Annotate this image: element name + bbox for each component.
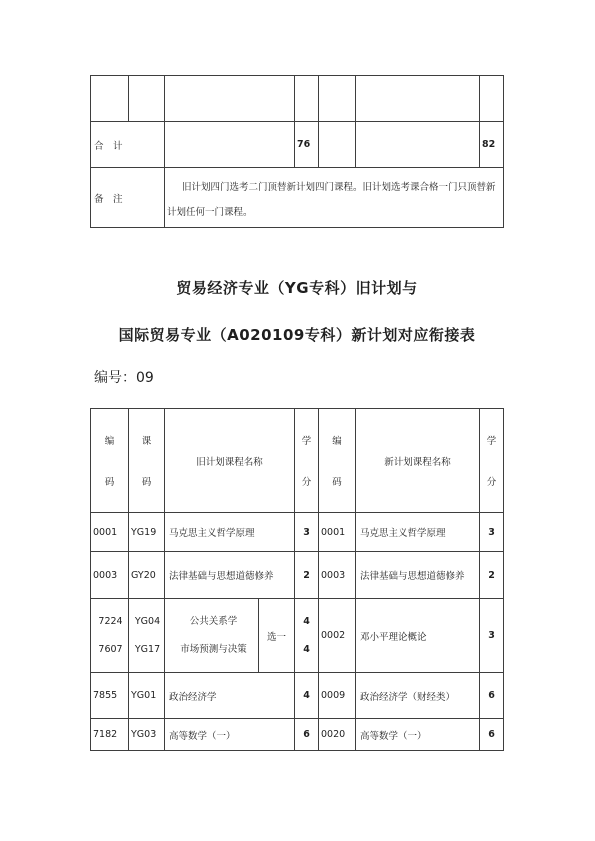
header-old-course-code: 课 码 [129, 409, 165, 513]
header-new-credit-char: 分 [487, 474, 497, 488]
header-new-code-char: 编 [332, 433, 342, 447]
empty-cell [319, 76, 356, 122]
header-new-code-char: 码 [332, 474, 342, 488]
new-course-name-cell: 高等数学（一） [356, 719, 480, 751]
new-code-cell: 0020 [319, 719, 356, 751]
old-credit-line: 4 [303, 608, 310, 636]
new-course-name-cell: 政治经济学（财经类） [356, 673, 480, 719]
total-label: 合 计 [91, 122, 165, 168]
header-old-course-code-char: 码 [142, 474, 152, 488]
header-new-credit-char: 学 [487, 433, 497, 447]
page-title-line2: 国际贸易专业（A020109专科）新计划对应衔接表 [90, 324, 504, 345]
old-credit-cell: 3 [295, 513, 319, 552]
old-code-line: 7224 [98, 608, 122, 636]
old-credit-cell: 2 [295, 552, 319, 599]
header-new-credit: 学 分 [480, 409, 504, 513]
new-code-cell: 0002 [319, 599, 356, 673]
empty-cell [480, 76, 504, 122]
header-new-plan-name: 新计划课程名称 [356, 409, 480, 513]
old-course-code-cell: YG04 YG17 [129, 599, 165, 673]
header-old-code: 编 码 [91, 409, 129, 513]
new-code-cell: 0003 [319, 552, 356, 599]
empty-cell [319, 122, 356, 168]
old-course-code-cell: YG19 [129, 513, 165, 552]
summary-table: 合 计 76 82 备 注 旧计划四门选考二门顶替新计划四门课程。旧计划选考课合… [90, 75, 504, 228]
old-course-name-cell: 马克思主义哲学原理 [165, 513, 295, 552]
document-page: 合 计 76 82 备 注 旧计划四门选考二门顶替新计划四门课程。旧计划选考课合… [0, 0, 595, 841]
old-course-name-cell: 高等数学（一） [165, 719, 295, 751]
new-code-cell: 0009 [319, 673, 356, 719]
old-code-cell: 0001 [91, 513, 129, 552]
new-credit-cell: 3 [480, 599, 504, 673]
old-course-code-cell: YG03 [129, 719, 165, 751]
empty-cell [165, 76, 295, 122]
old-credit-line: 4 [303, 636, 310, 664]
empty-cell [356, 122, 480, 168]
new-credit-cell: 6 [480, 719, 504, 751]
old-code-line: 7607 [98, 636, 122, 664]
old-course-code-line: YG17 [135, 636, 160, 664]
empty-cell [129, 76, 165, 122]
new-code-cell: 0001 [319, 513, 356, 552]
header-old-code-char: 码 [105, 474, 115, 488]
new-course-name-cell: 法律基础与思想道德修养 [356, 552, 480, 599]
header-old-plan-name: 旧计划课程名称 [165, 409, 295, 513]
old-course-code-cell: GY20 [129, 552, 165, 599]
header-old-code-char: 编 [105, 433, 115, 447]
new-credit-cell: 2 [480, 552, 504, 599]
notes-label: 备 注 [91, 168, 165, 228]
old-credit-cell: 4 4 [295, 599, 319, 673]
old-course-code-line: YG04 [135, 608, 160, 636]
new-credit-cell: 6 [480, 673, 504, 719]
total-new-credits: 82 [480, 122, 504, 168]
old-course-name-line: 公共关系学 [190, 608, 238, 636]
page-title-line1: 贸易经济专业（YG专科）旧计划与 [90, 277, 504, 298]
new-course-name-cell: 马克思主义哲学原理 [356, 513, 480, 552]
empty-cell [356, 76, 480, 122]
doc-number: 编号：09 [94, 367, 154, 387]
old-course-name-cell: 法律基础与思想道德修养 [165, 552, 295, 599]
choose-one-cell: 选一 [259, 599, 295, 673]
old-credit-cell: 6 [295, 719, 319, 751]
old-course-name-line: 市场预测与决策 [180, 636, 247, 664]
header-old-credit-char: 分 [302, 474, 312, 488]
header-old-credit-char: 学 [302, 433, 312, 447]
notes-text: 旧计划四门选考二门顶替新计划四门课程。旧计划选考课合格一门只顶替新计划任何一门课… [165, 168, 504, 228]
total-old-credits: 76 [295, 122, 319, 168]
old-code-cell: 7855 [91, 673, 129, 719]
header-old-credit: 学 分 [295, 409, 319, 513]
courses-table: 编 码 课 码 旧计划课程名称 学 分 编 码 新计划课程名称 学 分 0001… [90, 408, 504, 751]
old-course-name-cell: 公共关系学 市场预测与决策 [165, 599, 259, 673]
old-code-cell: 0003 [91, 552, 129, 599]
empty-cell [295, 76, 319, 122]
new-credit-cell: 3 [480, 513, 504, 552]
old-course-name-cell: 政治经济学 [165, 673, 295, 719]
empty-cell [165, 122, 295, 168]
empty-cell [91, 76, 129, 122]
old-credit-cell: 4 [295, 673, 319, 719]
header-old-course-code-char: 课 [142, 433, 152, 447]
old-code-cell: 7182 [91, 719, 129, 751]
header-new-code: 编 码 [319, 409, 356, 513]
new-course-name-cell: 邓小平理论概论 [356, 599, 480, 673]
old-code-cell: 7224 7607 [91, 599, 129, 673]
old-course-code-cell: YG01 [129, 673, 165, 719]
